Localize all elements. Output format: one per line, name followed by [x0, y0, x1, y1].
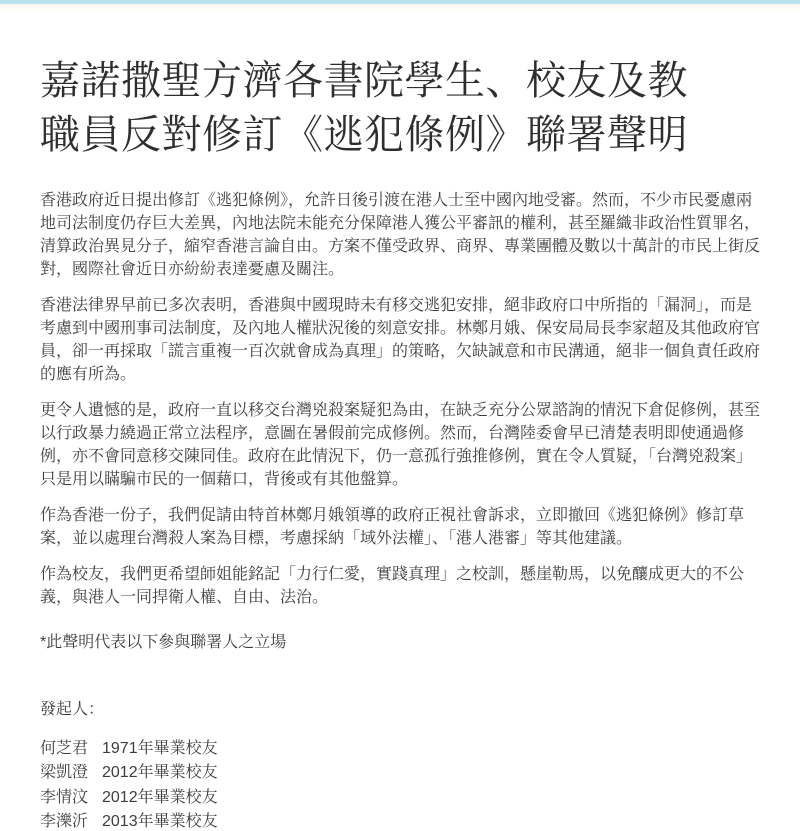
initiator-grad-year: 2012年畢業校友 [102, 761, 218, 786]
initiator-row: 李情汶 2012年畢業校友 [40, 786, 760, 811]
initiator-name: 何芝君 [40, 737, 102, 762]
statement-paragraph-1: 香港政府近日提出修訂《逃犯條例》，允許日後引渡在港人士至中國內地受審。然而，不少… [40, 189, 760, 281]
initiator-grad-year: 2013年畢業校友 [102, 810, 218, 831]
statement-paragraph-5: 作為校友，我們更希望師姐能銘記「力行仁愛，實踐真理」之校訓，懸崖勒馬，以免釀成更… [40, 563, 760, 609]
statement-document: 嘉諾撒聖方濟各書院學生、校友及教職員反對修訂《逃犯條例》聯署聲明 香港政府近日提… [0, 54, 800, 831]
initiator-name: 李情汶 [40, 786, 102, 811]
statement-paragraph-2: 香港法律界早前已多次表明，香港與中國現時未有移交逃犯安排，絕非政府口中所指的「漏… [40, 294, 760, 386]
initiator-row: 何芝君 1971年畢業校友 [40, 737, 760, 762]
initiator-grad-year: 2012年畢業校友 [102, 786, 218, 811]
statement-paragraph-3: 更令人遺憾的是，政府一直以移交台灣兇殺案疑犯為由，在缺乏充分公眾諮詢的情況下倉促… [40, 399, 760, 491]
page-title: 嘉諾撒聖方濟各書院學生、校友及教職員反對修訂《逃犯條例》聯署聲明 [40, 54, 760, 162]
initiators-heading: 發起人： [40, 698, 760, 721]
top-fade-gradient [0, 4, 800, 14]
statement-paragraph-4: 作為香港一份子，我們促請由特首林鄭月娥領導的政府正視社會訴求，立即撤回《逃犯條例… [40, 504, 760, 550]
footnote: *此聲明代表以下參與聯署人之立場 [40, 631, 760, 654]
page-title-line-2: 職員反對修訂《逃犯條例》聯署聲明 [40, 113, 688, 157]
initiator-row: 李濼沂 2013年畢業校友 [40, 810, 760, 831]
initiator-name: 李濼沂 [40, 810, 102, 831]
initiators-list: 何芝君 1971年畢業校友 梁凱澄 2012年畢業校友 李情汶 2012年畢業校… [40, 737, 760, 831]
initiator-grad-year: 1971年畢業校友 [102, 737, 218, 762]
statement-body: 香港政府近日提出修訂《逃犯條例》，允許日後引渡在港人士至中國內地受審。然而，不少… [40, 189, 760, 609]
initiator-name: 梁凱澄 [40, 761, 102, 786]
initiator-row: 梁凱澄 2012年畢業校友 [40, 761, 760, 786]
page-title-line-1: 嘉諾撒聖方濟各書院學生、校友及教 [40, 59, 688, 103]
